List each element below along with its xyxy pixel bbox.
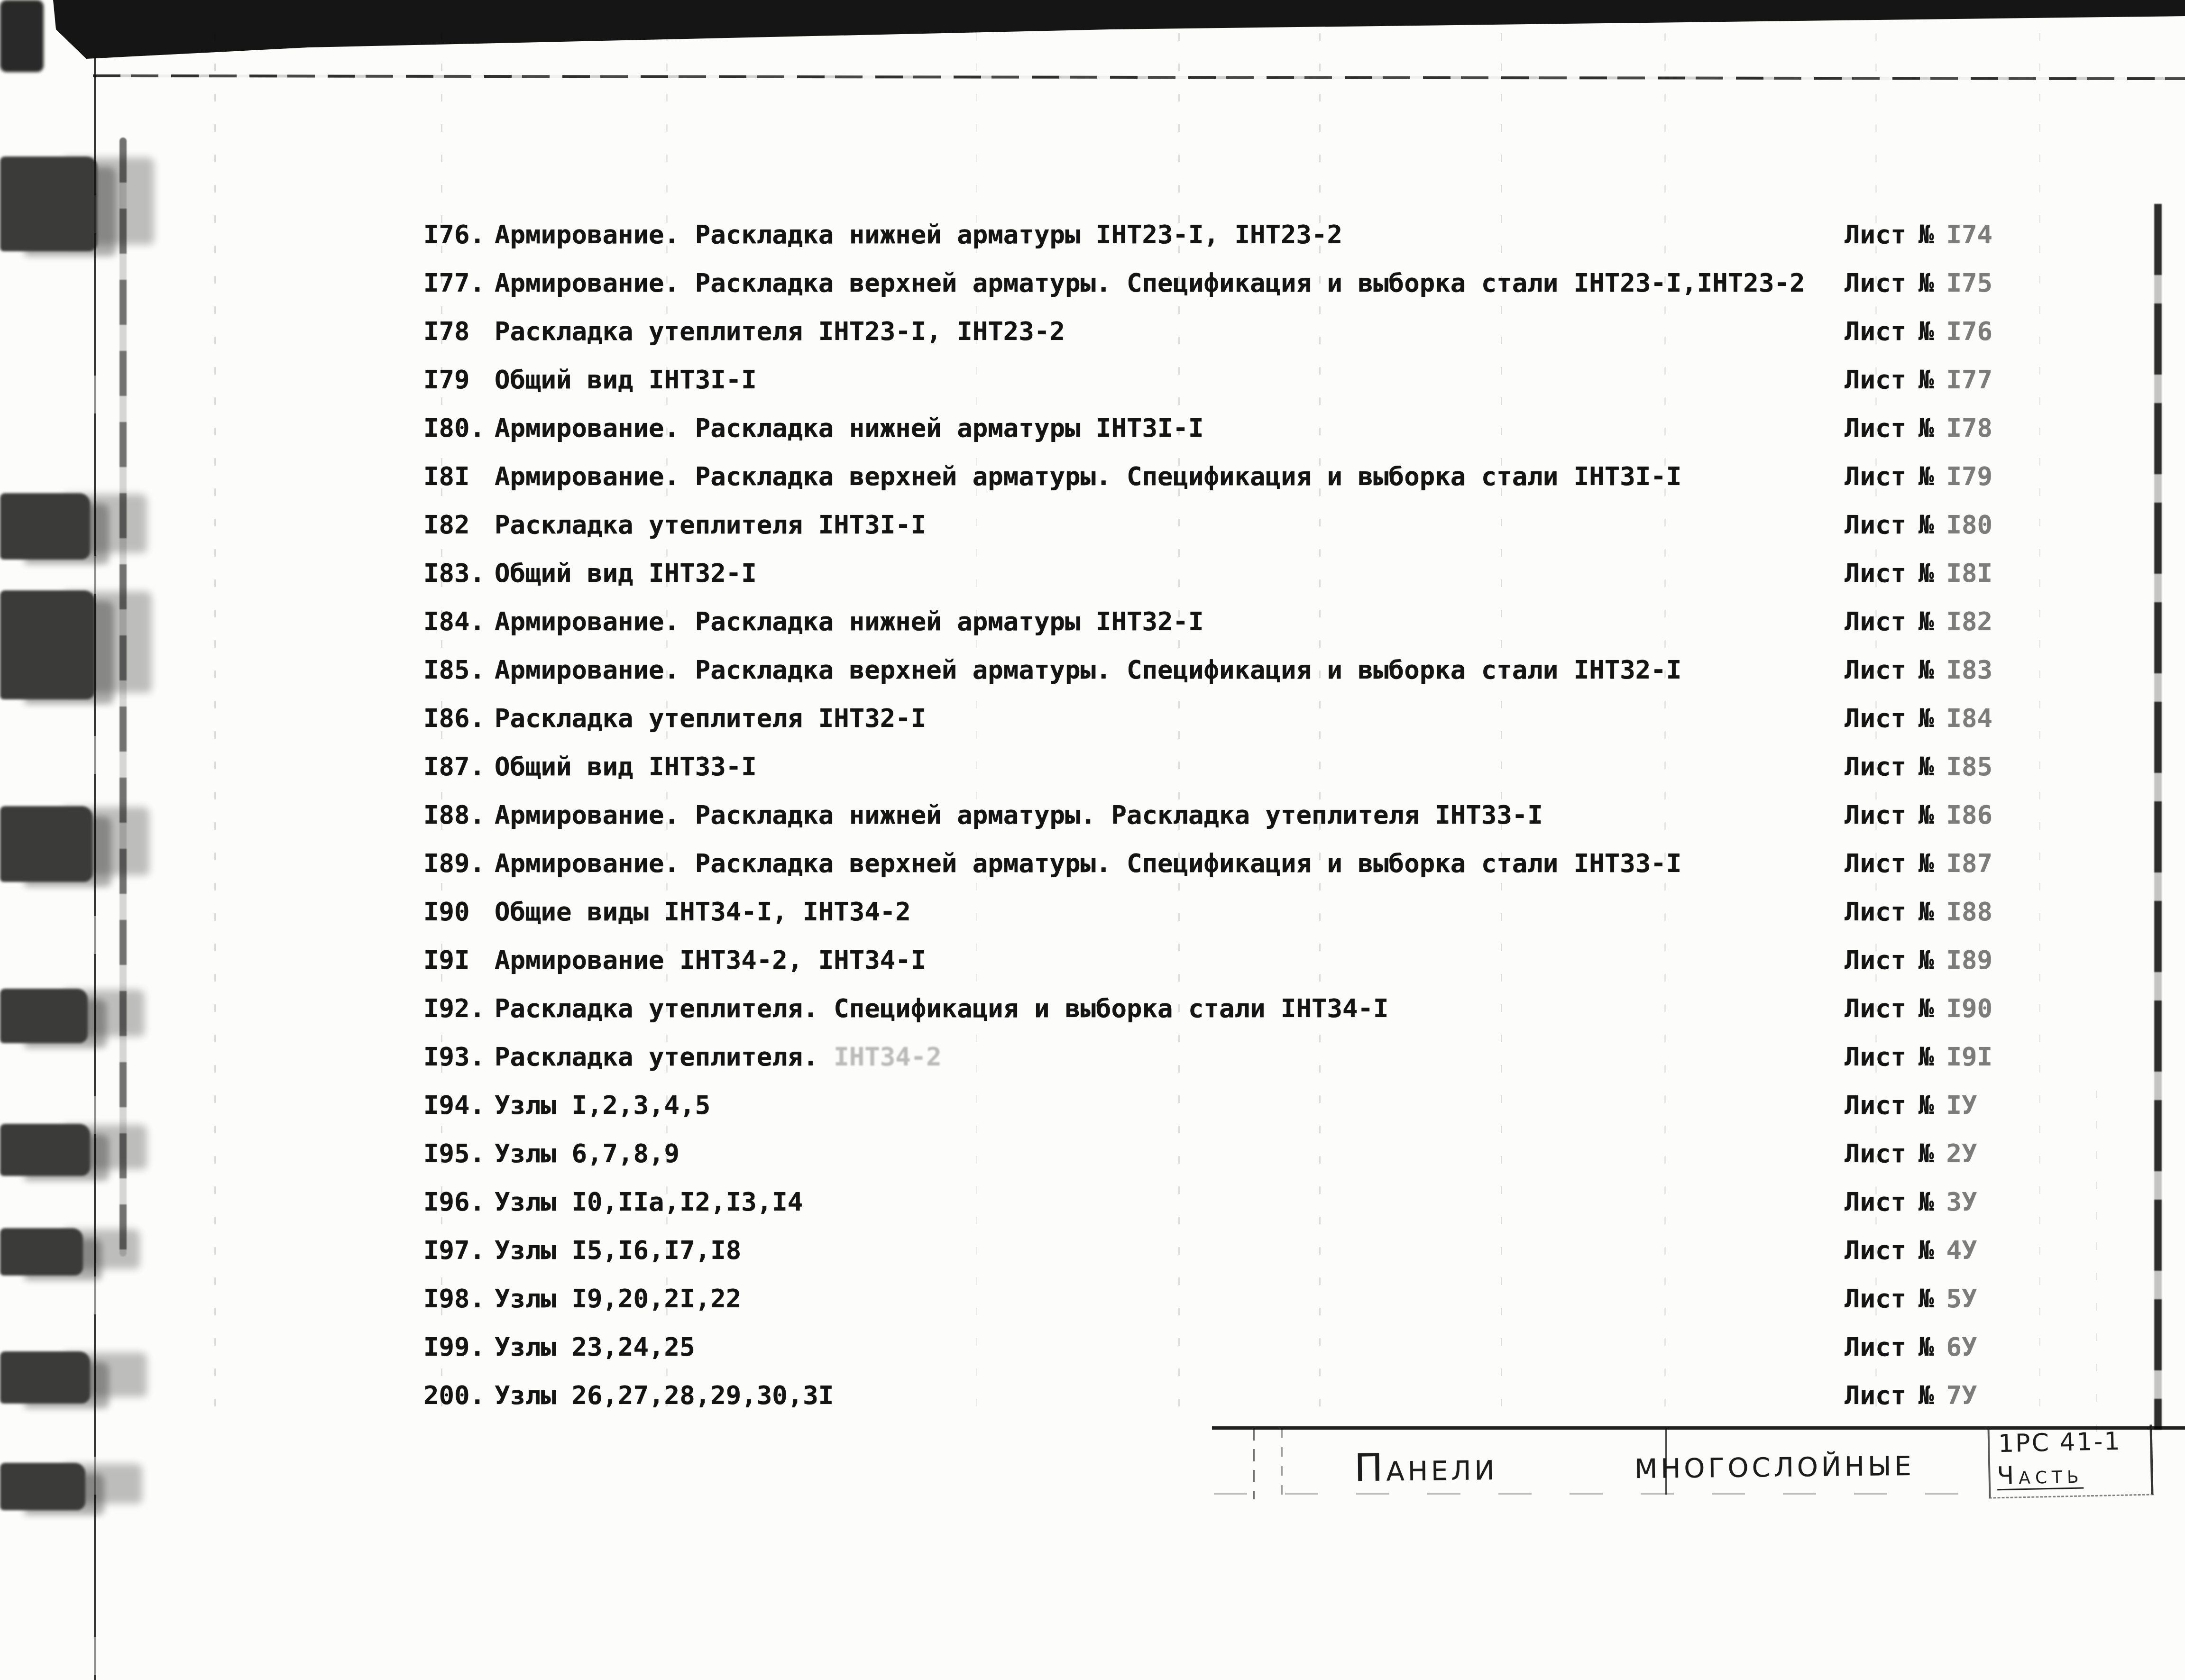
toc-row: I89. Армирование. Раскладка верхней арма… — [0, 846, 2185, 884]
sheet-number: I82 — [1946, 606, 1993, 636]
numero-sign: № — [1919, 1042, 1934, 1072]
item-number: I98. — [423, 1281, 485, 1316]
sheet-ref: Лист№I76 — [1845, 314, 1992, 349]
numero-sign: № — [1919, 1138, 1934, 1168]
toc-row: I84. Армирование. Раскладка нижней армат… — [0, 604, 2185, 642]
toc-row: I95. Узлы 6,7,8,9 Лист№2У — [0, 1136, 2185, 1174]
item-title: Армирование. Раскладка верхней арматуры.… — [495, 459, 1697, 494]
numero-sign: № — [1919, 1235, 1934, 1265]
item-title: Армирование. Раскладка верхней арматуры.… — [495, 266, 1820, 301]
numero-sign: № — [1919, 1332, 1934, 1362]
item-number: I82 — [423, 507, 470, 542]
item-number: I79 — [423, 362, 470, 397]
toc-row: I97. Узлы I5,I6,I7,I8 Лист№4У — [0, 1233, 2185, 1271]
title-word-panels: Панели — [1354, 1444, 1498, 1490]
sheet-ref: Лист№I86 — [1845, 798, 1992, 833]
toc-row: I98. Узлы I9,20,2I,22 Лист№5У — [0, 1281, 2185, 1319]
item-title: Армирование. Раскладка нижней арматуры I… — [495, 217, 1358, 252]
toc-row: I93. Раскладка утеплителя. IНТ34-2 Лист№… — [0, 1039, 2185, 1077]
toc-row: I87. Общий вид IНТ33-I Лист№I85 — [0, 749, 2185, 787]
item-number: I78 — [423, 314, 470, 349]
numero-sign: № — [1919, 413, 1934, 443]
sheet-number: I77 — [1946, 365, 1993, 395]
sheet-number: I74 — [1946, 220, 1993, 249]
sheet-number: 6У — [1946, 1332, 1977, 1362]
numero-sign: № — [1919, 1380, 1934, 1410]
sheet-number: I8I — [1946, 558, 1993, 588]
sheet-ref: Лист№IУ — [1845, 1088, 1977, 1123]
item-title: Узлы I9,20,2I,22 — [495, 1281, 757, 1316]
sheet-number: 5У — [1946, 1284, 1977, 1313]
item-title: Узлы 23,24,25 — [495, 1330, 710, 1365]
sheet-number: I87 — [1946, 848, 1993, 878]
item-number: I90 — [423, 894, 470, 929]
scanned-page: I76. Армирование. Раскладка нижней армат… — [0, 0, 2185, 1680]
item-title: Узлы 26,27,28,29,30,3I — [495, 1378, 849, 1413]
numero-sign: № — [1919, 703, 1934, 733]
sheet-ref: Лист№I90 — [1845, 991, 1992, 1026]
sheet-number: I88 — [1946, 897, 1993, 927]
stamp-part: Часть — [1990, 1456, 2151, 1491]
sheet-ref: Лист№I74 — [1845, 217, 1992, 252]
sheet-ref: Лист№5У — [1845, 1281, 1977, 1316]
toc-row: I79 Общий вид IНТ3I-I Лист№I77 — [0, 362, 2185, 400]
toc-row: I94. Узлы I,2,3,4,5 Лист№IУ — [0, 1088, 2185, 1126]
item-title: Общий вид IНТ32-I — [495, 556, 772, 591]
sheet-number: I76 — [1946, 316, 1993, 346]
sheet-ref: Лист№I78 — [1845, 411, 1992, 446]
item-number: I85. — [423, 652, 485, 688]
title-word-multilayer: многослойные — [1634, 1440, 1915, 1487]
item-title: Армирование. Раскладка верхней арматуры.… — [495, 846, 1697, 881]
toc-row: I92. Раскладка утеплителя. Спецификация … — [0, 991, 2185, 1029]
toc-row: I8I Армирование. Раскладка верхней армат… — [0, 459, 2185, 497]
toc-row: I9I Армирование IНТ34-2, IНТ34-I Лист№I8… — [0, 943, 2185, 981]
sheet-number: 2У — [1946, 1138, 1977, 1168]
stamp-box: 1РС 41-1 Часть — [1987, 1424, 2153, 1498]
numero-sign: № — [1919, 945, 1934, 975]
item-number: I84. — [423, 604, 485, 639]
toc-row: I76. Армирование. Раскладка нижней армат… — [0, 217, 2185, 255]
numero-sign: № — [1919, 558, 1934, 588]
item-title: Общий вид IНТ3I-I — [495, 362, 772, 397]
numero-sign: № — [1919, 268, 1934, 298]
sheet-ref: Лист№I89 — [1845, 943, 1992, 978]
item-number: I9I — [423, 943, 470, 978]
toc-row: I99. Узлы 23,24,25 Лист№6У — [0, 1330, 2185, 1368]
sheet-ref: Лист№6У — [1845, 1330, 1977, 1365]
sheet-number: I85 — [1946, 752, 1993, 781]
item-number: I94. — [423, 1088, 485, 1123]
toc-row: I77. Армирование. Раскладка верхней арма… — [0, 266, 2185, 303]
item-title-faded-part: IНТ34-2 — [834, 1042, 942, 1072]
title-block-title: Панели многослойные — [1285, 1435, 1983, 1494]
sheet-ref: Лист№I9I — [1845, 1039, 1992, 1074]
numero-sign: № — [1919, 461, 1934, 491]
item-number: I77. — [423, 266, 485, 301]
sheet-ref: Лист№2У — [1845, 1136, 1977, 1171]
toc-row: I80. Армирование. Раскладка нижней армат… — [0, 411, 2185, 449]
item-title: Общие виды IНТ34-I, IНТ34-2 — [495, 894, 926, 929]
item-title: Армирование. Раскладка верхней арматуры.… — [495, 652, 1697, 688]
item-title: Армирование IНТ34-2, IНТ34-I — [495, 943, 942, 978]
sheet-ref: Лист№I85 — [1845, 749, 1992, 784]
toc-row: I78 Раскладка утеплителя IНТ23-I, IНТ23-… — [0, 314, 2185, 352]
toc-row: I86. Раскладка утеплителя IНТ32-I Лист№I… — [0, 701, 2185, 739]
title-block-divider — [1253, 1428, 1255, 1499]
sheet-ref: Лист№I79 — [1845, 459, 1992, 494]
numero-sign: № — [1919, 848, 1934, 878]
sheet-ref: Лист№I87 — [1845, 846, 1992, 881]
numero-sign: № — [1919, 365, 1934, 395]
numero-sign: № — [1919, 897, 1934, 927]
toc-row: I85. Армирование. Раскладка верхней арма… — [0, 652, 2185, 690]
sheet-number: 4У — [1946, 1235, 1977, 1265]
item-number: I87. — [423, 749, 485, 784]
sheet-number: I90 — [1946, 993, 1993, 1023]
sheet-ref: Лист№I75 — [1845, 266, 1992, 301]
item-title: Раскладка утеплителя. IНТ34-2 — [495, 1039, 942, 1074]
item-title: Общий вид IНТ33-I — [495, 749, 772, 784]
item-number: I76. — [423, 217, 485, 252]
sheet-ref: Лист№4У — [1845, 1233, 1977, 1268]
item-number: I80. — [423, 411, 485, 446]
numero-sign: № — [1919, 606, 1934, 636]
sheet-number: I84 — [1946, 703, 1993, 733]
item-number: I88. — [423, 798, 485, 833]
sheet-ref: Лист№I8I — [1845, 556, 1992, 591]
sheet-ref: Лист№I88 — [1845, 894, 1992, 929]
toc-row: I96. Узлы I0,IIа,I2,I3,I4 Лист№3У — [0, 1184, 2185, 1222]
toc-row: I82 Раскладка утеплителя IНТ3I-I Лист№I8… — [0, 507, 2185, 545]
item-number: I99. — [423, 1330, 485, 1365]
item-title: Армирование. Раскладка нижней арматуры I… — [495, 411, 1219, 446]
item-title: Армирование. Раскладка нижней арматуры. … — [495, 798, 1558, 833]
toc-row: 200. Узлы 26,27,28,29,30,3I Лист№7У — [0, 1378, 2185, 1416]
item-title: Узлы 6,7,8,9 — [495, 1136, 695, 1171]
item-number: I92. — [423, 991, 485, 1026]
item-number: I95. — [423, 1136, 485, 1171]
item-number: I86. — [423, 701, 485, 736]
numero-sign: № — [1919, 316, 1934, 346]
item-number: I96. — [423, 1184, 485, 1220]
title-block-divider — [1281, 1428, 1283, 1499]
toc-row: I83. Общий вид IНТ32-I Лист№I8I — [0, 556, 2185, 594]
sheet-number: I78 — [1946, 413, 1993, 443]
item-title: Раскладка утеплителя. Спецификация и выб… — [495, 991, 1404, 1026]
numero-sign: № — [1919, 1090, 1934, 1120]
sheet-ref: Лист№3У — [1845, 1184, 1977, 1220]
item-number: I93. — [423, 1039, 485, 1074]
item-title: Узлы I0,IIа,I2,I3,I4 — [495, 1184, 818, 1220]
sheet-ref: Лист№7У — [1845, 1378, 1977, 1413]
item-number: I8I — [423, 459, 470, 494]
item-title: Узлы I,2,3,4,5 — [495, 1088, 726, 1123]
item-number: I89. — [423, 846, 485, 881]
item-number: I83. — [423, 556, 485, 591]
stamp-code: 1РС 41-1 — [1989, 1424, 2150, 1459]
sheet-ref: Лист№I82 — [1845, 604, 1992, 639]
toc-row: I90 Общие виды IНТ34-I, IНТ34-2 Лист№I88 — [0, 894, 2185, 932]
item-title: Узлы I5,I6,I7,I8 — [495, 1233, 757, 1268]
item-title: Раскладка утеплителя IНТ32-I — [495, 701, 942, 736]
sheet-ref: Лист№I80 — [1845, 507, 1992, 542]
sheet-number: I79 — [1946, 461, 1993, 491]
item-title: Раскладка утеплителя IНТ23-I, IНТ23-2 — [495, 314, 1080, 349]
numero-sign: № — [1919, 752, 1934, 781]
sheet-ref: Лист№I77 — [1845, 362, 1992, 397]
sheet-ref: Лист№I84 — [1845, 701, 1992, 736]
numero-sign: № — [1919, 510, 1934, 540]
sheet-number: 3У — [1946, 1187, 1977, 1217]
sheet-number: I86 — [1946, 800, 1993, 830]
item-title: Армирование. Раскладка нижней арматуры I… — [495, 604, 1219, 639]
numero-sign: № — [1919, 800, 1934, 830]
item-number: I97. — [423, 1233, 485, 1268]
toc-row: I88. Армирование. Раскладка нижней армат… — [0, 798, 2185, 835]
sheet-number: I80 — [1946, 510, 1993, 540]
numero-sign: № — [1919, 993, 1934, 1023]
item-title: Раскладка утеплителя IНТ3I-I — [495, 507, 942, 542]
numero-sign: № — [1919, 1284, 1934, 1313]
sheet-ref: Лист№I83 — [1845, 652, 1992, 688]
item-number: 200. — [423, 1378, 485, 1413]
numero-sign: № — [1919, 1187, 1934, 1217]
sheet-number: I89 — [1946, 945, 1993, 975]
numero-sign: № — [1919, 655, 1934, 685]
sheet-number: 7У — [1946, 1380, 1977, 1410]
sheet-number: I75 — [1946, 268, 1993, 298]
sheet-number: IУ — [1946, 1090, 1977, 1120]
sheet-number: I83 — [1946, 655, 1993, 685]
sheet-number: I9I — [1946, 1042, 1993, 1072]
numero-sign: № — [1919, 220, 1934, 249]
